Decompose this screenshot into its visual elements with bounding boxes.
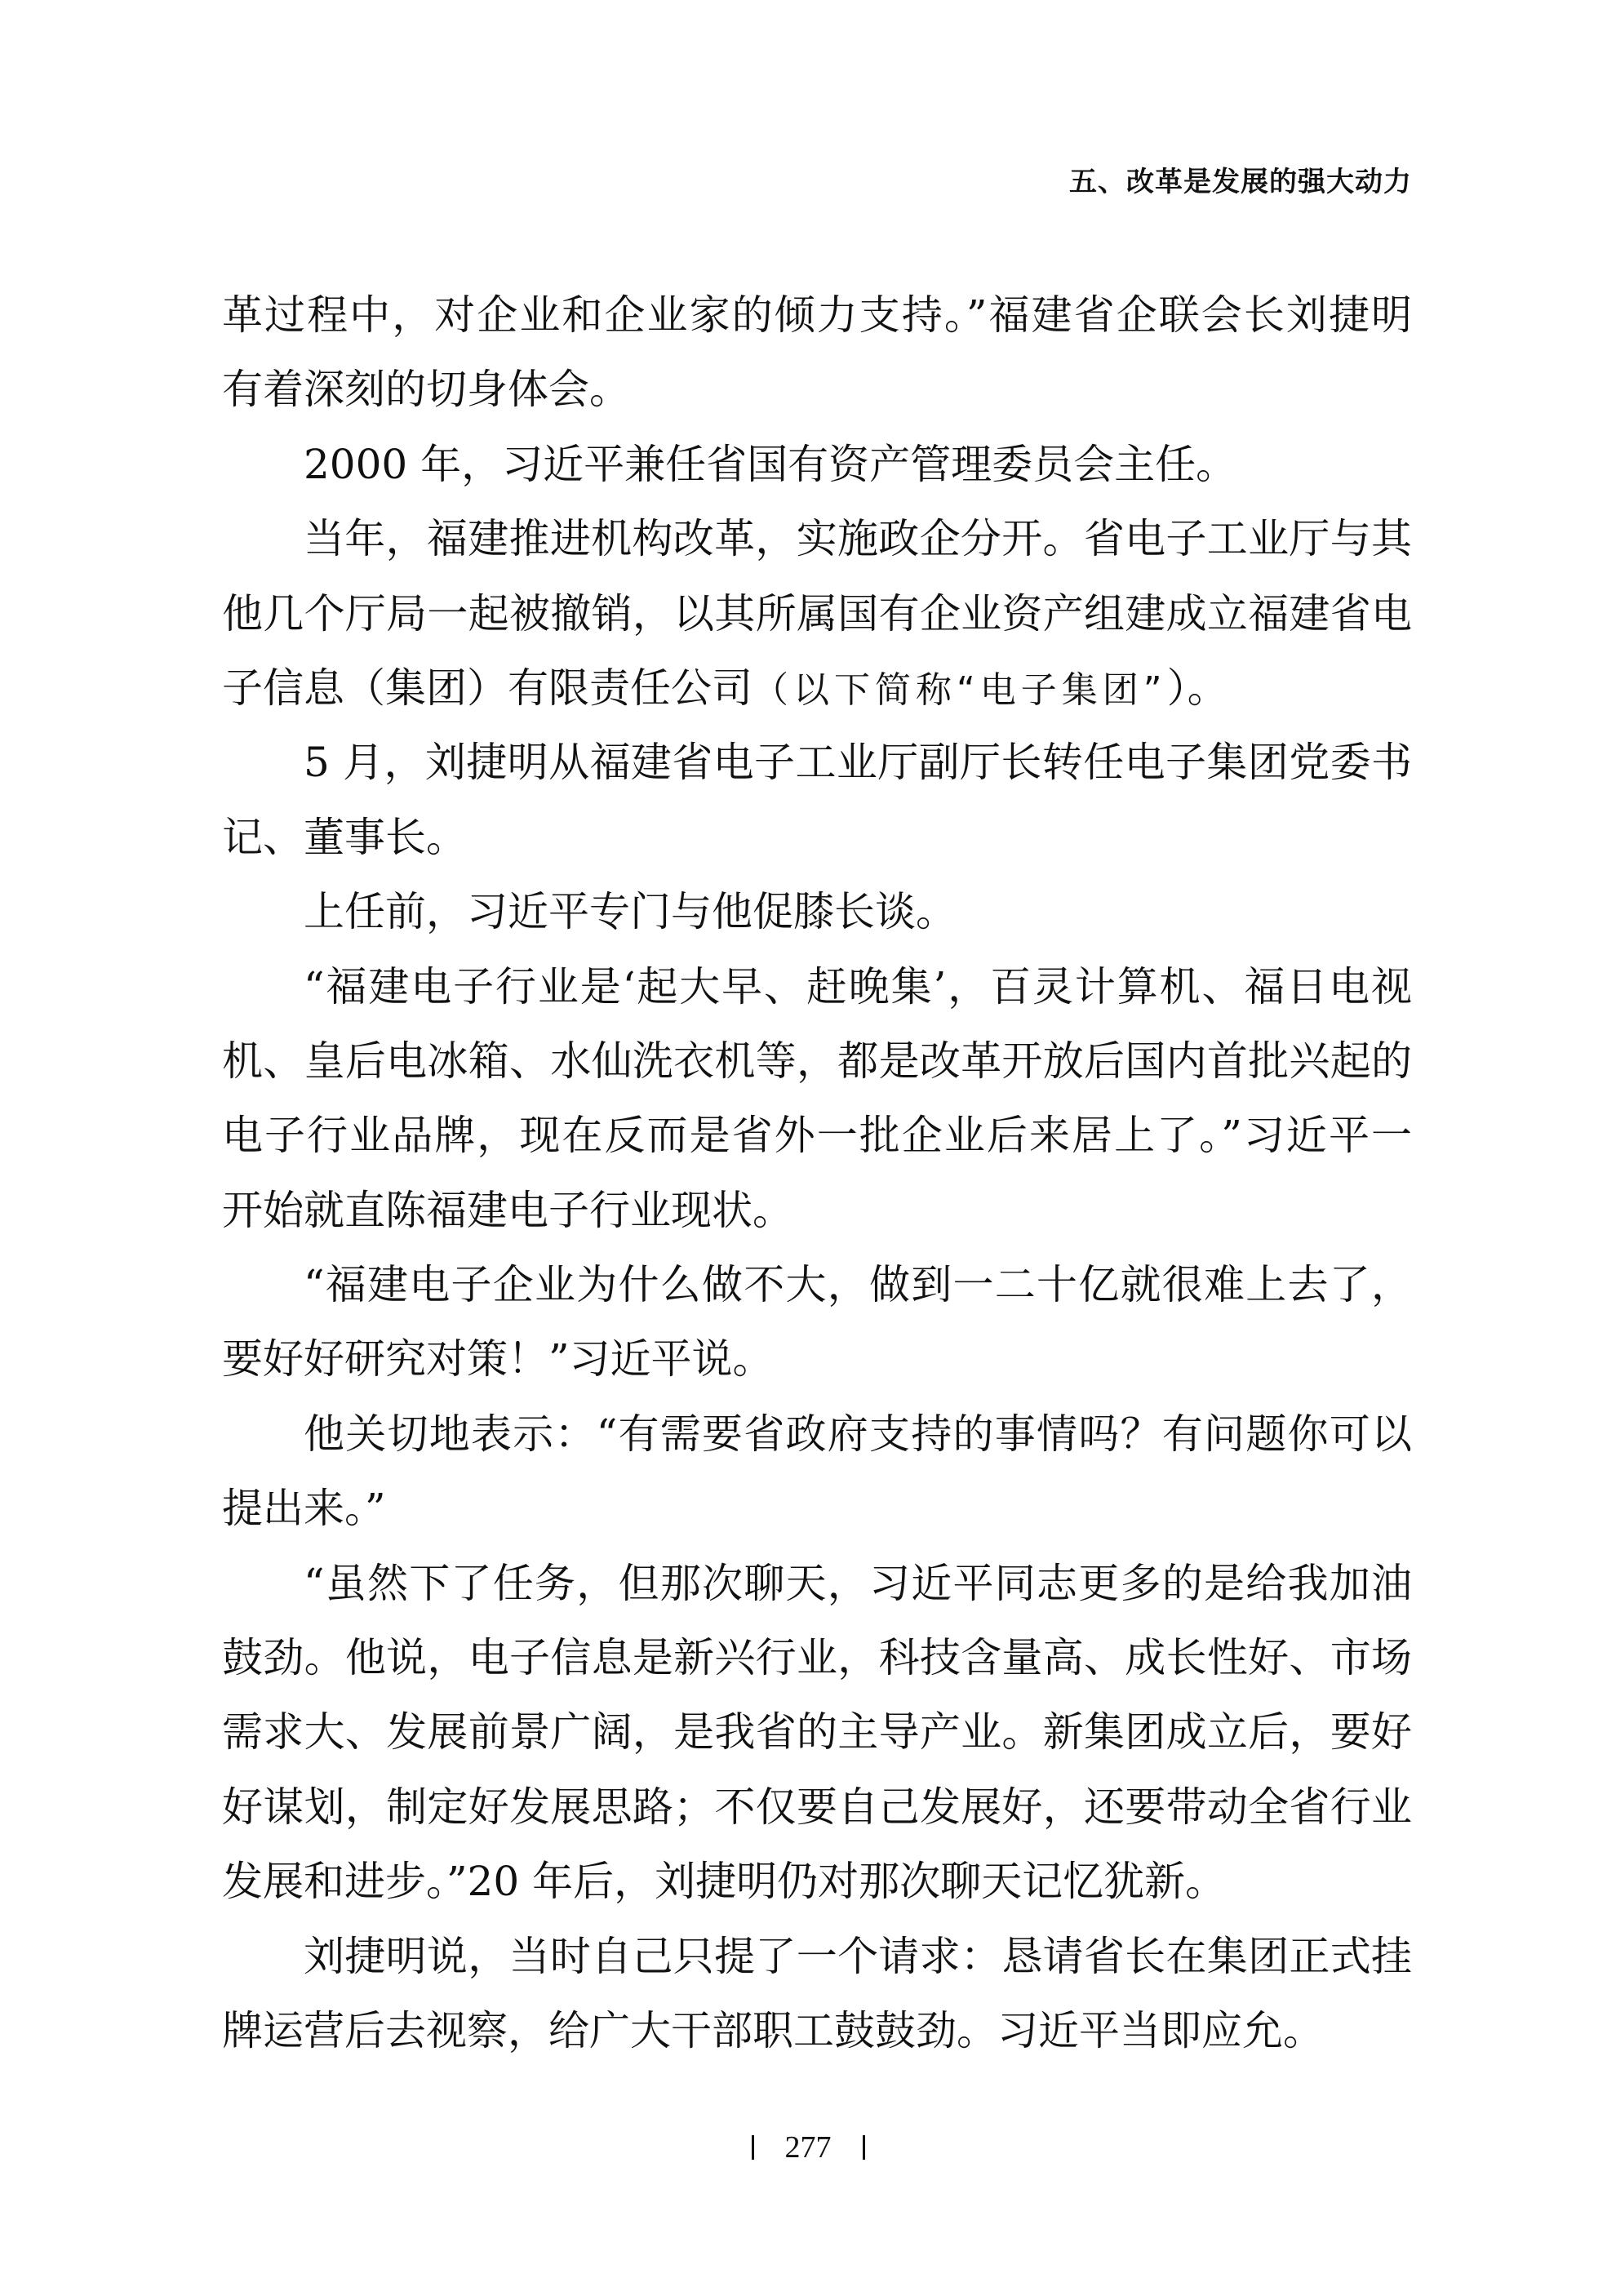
- text-line: 好谋划，制定好发展思路；不仅要自己发展好，还要带动全省行业: [222, 1778, 1412, 1852]
- paragraph: 刘捷明说，当时自己只提了一个请求：恳请省长在集团正式挂 牌运营后去视察，给广大干…: [222, 1927, 1412, 2076]
- text-line: 提出来。”: [222, 1479, 1412, 1553]
- text-line: 发展和进步。”20 年后，刘捷明仍对那次聊天记忆犹新。: [222, 1852, 1412, 1926]
- text-line: 记、董事长。: [222, 808, 1412, 882]
- text-line: 他几个厅局一起被撤销，以其所属国有企业资产组建成立福建省电: [222, 584, 1412, 659]
- text-line: 革过程中，对企业和企业家的倾力支持。”福建省企联会长刘捷明: [222, 286, 1412, 360]
- paragraph: 革过程中，对企业和企业家的倾力支持。”福建省企联会长刘捷明 有着深刻的切身体会。: [222, 286, 1412, 435]
- page-number-left-bar: [752, 2135, 754, 2160]
- text-line: 鼓劲。他说，电子信息是新兴行业，科技含量高、成长性好、市场: [222, 1628, 1412, 1703]
- paragraph: “福建电子企业为什么做不大，做到一二十亿就很难上去了， 要好好研究对策！”习近平…: [222, 1255, 1412, 1405]
- text-line: 牌运营后去视察，给广大干部职工鼓鼓劲。习近平当即应允。: [222, 2001, 1412, 2076]
- paragraph: 上任前，习近平专门与他促膝长谈。: [222, 882, 1412, 957]
- text-line: 5 月，刘捷明从福建省电子工业厅副厅长转任电子集团党委书: [222, 733, 1412, 807]
- text-segment: ）。: [1167, 664, 1228, 712]
- text-line: “福建电子行业是‘起大早、赶晚集’，百灵计算机、福日电视: [222, 957, 1412, 1032]
- page-footer: 277: [0, 2127, 1616, 2168]
- text-segment: 子信息（集团）有限责任公司: [222, 664, 753, 712]
- text-line: 上任前，习近平专门与他促膝长谈。: [222, 882, 1412, 957]
- page-number-right-bar: [863, 2135, 865, 2160]
- abbreviation-note: （以下简称“电子集团”: [753, 669, 1167, 711]
- text-line: 机、皇后电冰箱、水仙洗衣机等，都是改革开放后国内首批兴起的: [222, 1032, 1412, 1106]
- paragraph: 当年，福建推进机构改革，实施政企分开。省电子工业厅与其 他几个厅局一起被撤销，以…: [222, 509, 1412, 733]
- text-line: “福建电子企业为什么做不大，做到一二十亿就很难上去了，: [222, 1255, 1412, 1330]
- body-text: 革过程中，对企业和企业家的倾力支持。”福建省企联会长刘捷明 有着深刻的切身体会。…: [222, 286, 1412, 2076]
- text-line: 子信息（集团）有限责任公司（以下简称“电子集团”）。: [222, 659, 1412, 733]
- text-line: 当年，福建推进机构改革，实施政企分开。省电子工业厅与其: [222, 509, 1412, 584]
- paragraph: 他关切地表示：“有需要省政府支持的事情吗？有问题你可以 提出来。”: [222, 1405, 1412, 1554]
- paragraph: “虽然下了任务，但那次聊天，习近平同志更多的是给我加油 鼓劲。他说，电子信息是新…: [222, 1554, 1412, 1927]
- text-line: 刘捷明说，当时自己只提了一个请求：恳请省长在集团正式挂: [222, 1927, 1412, 2001]
- text-line: “虽然下了任务，但那次聊天，习近平同志更多的是给我加油: [222, 1554, 1412, 1628]
- paragraph: “福建电子行业是‘起大早、赶晚集’，百灵计算机、福日电视 机、皇后电冰箱、水仙洗…: [222, 957, 1412, 1256]
- text-line: 有着深刻的切身体会。: [222, 360, 1412, 434]
- text-line: 电子行业品牌，现在反而是省外一批企业后来居上了。”习近平一: [222, 1106, 1412, 1180]
- text-line: 他关切地表示：“有需要省政府支持的事情吗？有问题你可以: [222, 1405, 1412, 1479]
- running-header-chapter-title: 五、改革是发展的强大动力: [1069, 163, 1412, 201]
- text-line: 要好好研究对策！”习近平说。: [222, 1330, 1412, 1404]
- paragraph: 5 月，刘捷明从福建省电子工业厅副厅长转任电子集团党委书 记、董事长。: [222, 733, 1412, 882]
- text-line: 开始就直陈福建电子行业现状。: [222, 1181, 1412, 1255]
- paragraph: 2000 年，习近平兼任省国有资产管理委员会主任。: [222, 435, 1412, 509]
- text-line: 2000 年，习近平兼任省国有资产管理委员会主任。: [222, 435, 1412, 509]
- text-line: 需求大、发展前景广阔，是我省的主导产业。新集团成立后，要好: [222, 1703, 1412, 1777]
- page-number: 277: [785, 2130, 832, 2165]
